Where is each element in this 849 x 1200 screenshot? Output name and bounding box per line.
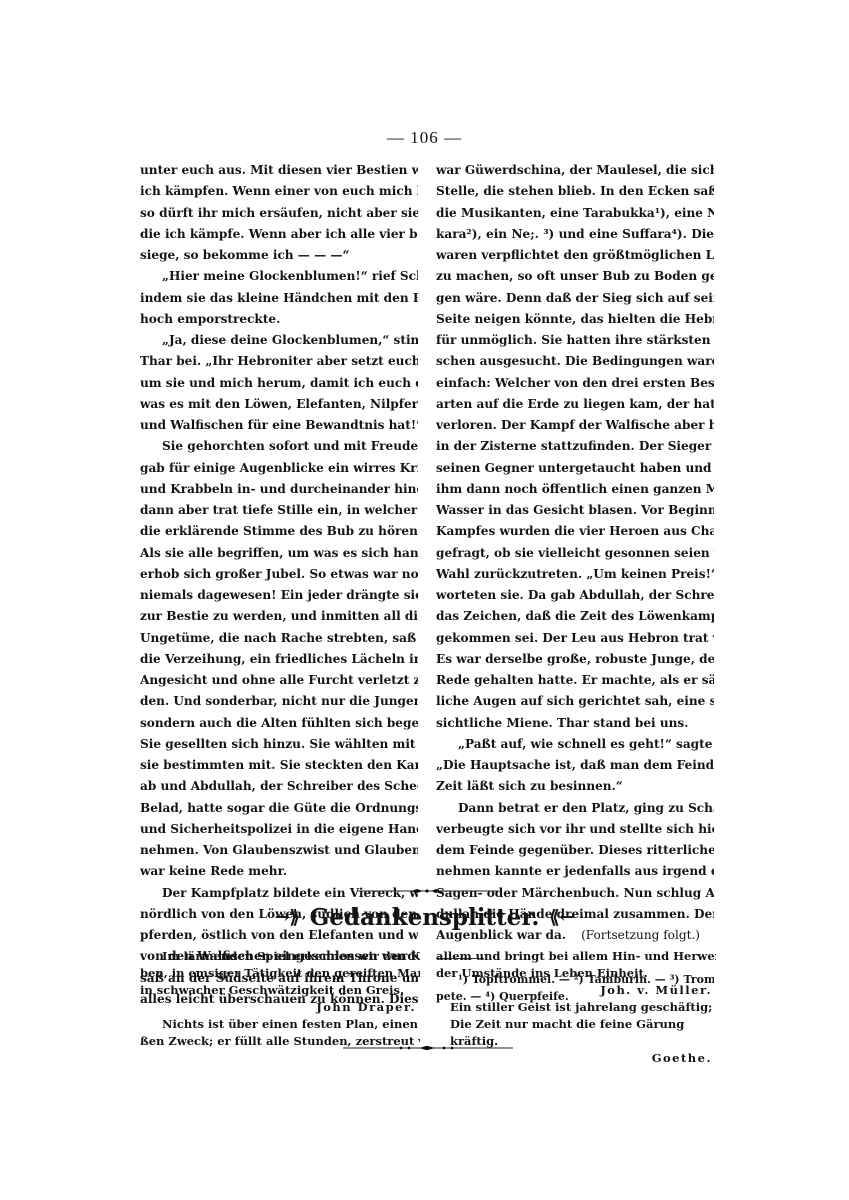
text-line: gekommen sei. Der Leu aus Hebron trat vo… (436, 628, 714, 649)
section-title: Gedankensplitter. (310, 904, 540, 931)
text-line: um sie und mich herum, damit ich euch er… (140, 373, 418, 394)
aphorism-line: in schwacher Geschwätzigkeit den Greis. (140, 982, 420, 999)
text-line: einfach: Welcher von den drei ersten Bes… (436, 373, 714, 394)
right-flourish-icon: ⟪← (549, 907, 574, 928)
aphorism-line: Nichts ist über einen festen Plan, einen… (140, 1016, 420, 1033)
text-line: indem sie das kleine Händchen mit den Bl… (140, 288, 418, 309)
text-line: Angesicht und ohne alle Furcht verletzt … (140, 670, 418, 691)
aphorism-author: Joh. v. Müller. (436, 982, 716, 999)
aphorism-line: allem und bringt bei allem Hin- und Herw… (436, 948, 716, 965)
text-line: „Hier meine Glockenblumen!“ rief Schamah… (140, 266, 418, 287)
text-line: seinen Gegner untergetaucht haben und du… (436, 458, 714, 479)
text-line: sondern auch die Alten fühlten sich bege… (140, 713, 418, 734)
text-line: Wasser in das Gesicht blasen. Vor Beginn… (436, 500, 714, 521)
text-line: verbeugte sich vor ihr und stellte sich … (436, 819, 714, 840)
verse-author: Goethe. (436, 1050, 716, 1067)
text-line: die ich kämpfe. Wenn aber ich alle vier … (140, 224, 418, 245)
text-line: unter euch aus. Mit diesen vier Bestien … (140, 160, 418, 181)
text-line: Zeit läßt sich zu besinnen.“ (436, 776, 714, 797)
text-line: arten auf die Erde zu liegen kam, der ha… (436, 394, 714, 415)
text-line: Rede gehalten hatte. Er machte, als er s… (436, 670, 714, 691)
text-line: Als sie alle begriffen, um was es sich h… (140, 543, 418, 564)
text-line: gab für einige Augenblicke ein wirres Kr… (140, 458, 418, 479)
text-line: und Walfischen für eine Bewandtnis hat!“ (140, 415, 418, 436)
text-line: Kampfes wurden die vier Heroen aus Chali… (436, 521, 714, 542)
text-line: verloren. Der Kampf der Walfische aber h… (436, 415, 714, 436)
aphorism-column-left: Im lärmenden Spiel erkennen wir den Kna-… (140, 948, 420, 1050)
right-column-body: war Güwerdschina, der Maulesel, die sich… (436, 160, 714, 925)
text-line: war keine Rede mehr. (140, 861, 418, 882)
text-line: die erklärende Stimme des Bub zu hören w… (140, 521, 418, 542)
text-line: zu machen, so oft unser Bub zu Boden ger… (436, 266, 714, 287)
text-line: und Krabbeln in- und durcheinander hinei… (140, 479, 418, 500)
text-line: nehmen. Von Glaubenszwist und Glaubensha… (140, 840, 418, 861)
text-line: Stelle, die stehen blieb. In den Ecken s… (436, 181, 714, 202)
section-heading: →⟫ Gedankensplitter. ⟪← (0, 904, 849, 931)
text-line: was es mit den Löwen, Elefanten, Nilpfer… (140, 394, 418, 415)
text-line: war Güwerdschina, der Maulesel, die sich… (436, 160, 714, 181)
text-line: „Ja, diese deine Glockenblumen,“ stimmte (140, 330, 418, 351)
text-line: „Paßt auf, wie schnell es geht!“ sagte e… (436, 734, 714, 755)
text-line: hoch emporstreckte. (140, 309, 418, 330)
text-line: so dürft ihr mich ersäufen, nicht aber s… (140, 203, 418, 224)
text-line: Seite neigen könnte, das hielten die Heb… (436, 309, 714, 330)
text-line: Sie gesellten sich hinzu. Sie wählten mi… (140, 734, 418, 755)
text-line: Belad, hatte sogar die Güte die Ordnungs… (140, 798, 418, 819)
text-line: Wahl zurückzutreten. „Um keinen Preis!“ … (436, 564, 714, 585)
ornament-divider-icon (343, 1045, 513, 1051)
text-line: ich kämpfen. Wenn einer von euch mich be… (140, 181, 418, 202)
text-line: die Musikanten, eine Tarabukka¹), eine N… (436, 203, 714, 224)
left-flourish-icon: →⟫ (275, 907, 300, 928)
text-line: die Verzeihung, ein friedliches Lächeln … (140, 649, 418, 670)
text-line: kara²), ein Ne;. ³) und eine Suffara⁴). … (436, 224, 714, 245)
aphorism-author: John Draper. (140, 999, 420, 1016)
text-line: Sie gehorchten sofort und mit Freuden. E… (140, 436, 418, 457)
text-line: für unmöglich. Sie hatten ihre stärksten… (436, 330, 714, 351)
text-line: niemals dagewesen! Ein jeder drängte sic… (140, 585, 418, 606)
text-line: sie bestimmten mit. Sie steckten den Kam… (140, 755, 418, 776)
text-line: liche Augen auf sich gerichtet sah, eine… (436, 691, 714, 712)
text-line: und Sicherheitspolizei in die eigene Han… (140, 819, 418, 840)
text-line: „Die Hauptsache ist, daß man dem Feind k… (436, 755, 714, 776)
aphorism-line: Im lärmenden Spiel erkennen wir den Kna- (140, 948, 420, 965)
text-line: schen ausgesucht. Die Bedingungen waren … (436, 351, 714, 372)
text-line: sichtliche Miene. Thar stand bei uns. (436, 713, 714, 734)
text-line: ihm dann noch öffentlich einen ganzen Mu… (436, 479, 714, 500)
aphorism-line: ben, in emsiger Tätigkeit den gereiften … (140, 965, 420, 982)
text-line: dem Feinde gegenüber. Dieses ritterliche… (436, 840, 714, 861)
text-line: das Zeichen, daß die Zeit des Löwenkampf… (436, 606, 714, 627)
text-line: zur Bestie zu werden, und inmitten all d… (140, 606, 418, 627)
text-line: gefragt, ob sie vielleicht gesonnen seie… (436, 543, 714, 564)
text-line: Es war derselbe große, robuste Junge, de… (436, 649, 714, 670)
text-line: in der Zisterne stattzufinden. Der Siege… (436, 436, 714, 457)
text-line: gen wäre. Denn daß der Sieg sich auf sei… (436, 288, 714, 309)
left-text-column: unter euch aus. Mit diesen vier Bestien … (140, 160, 418, 1010)
aphorism-line: der Umstände ins Leben Einheit. (436, 965, 716, 982)
text-line: worteten sie. Da gab Abdullah, der Schre… (436, 585, 714, 606)
text-line: erhob sich großer Jubel. So etwas war no… (140, 564, 418, 585)
text-line: Ungetüme, die nach Rache strebten, saß S… (140, 628, 418, 649)
text-line: ab und Abdullah, der Schreiber des Schec… (140, 776, 418, 797)
text-line: siege, so bekomme ich — — —“ (140, 245, 418, 266)
text-line: waren verpflichtet den größtmöglichen Lä… (436, 245, 714, 266)
ornament-divider-icon (357, 888, 497, 894)
text-line: den. Und sonderbar, nicht nur die Jungen (140, 691, 418, 712)
text-line: Dann betrat er den Platz, ging zu Schama… (436, 798, 714, 819)
text-line: dann aber trat tiefe Stille ein, in welc… (140, 500, 418, 521)
text-line: nehmen kannte er jedenfalls aus irgend e… (436, 861, 714, 882)
text-line: Thar bei. „Ihr Hebroniter aber setzt euc… (140, 351, 418, 372)
verse-line: Ein stiller Geist ist jahrelang geschäft… (436, 999, 716, 1016)
right-text-column: war Güwerdschina, der Maulesel, die sich… (436, 160, 714, 1005)
page-number: — 106 — (0, 128, 849, 148)
